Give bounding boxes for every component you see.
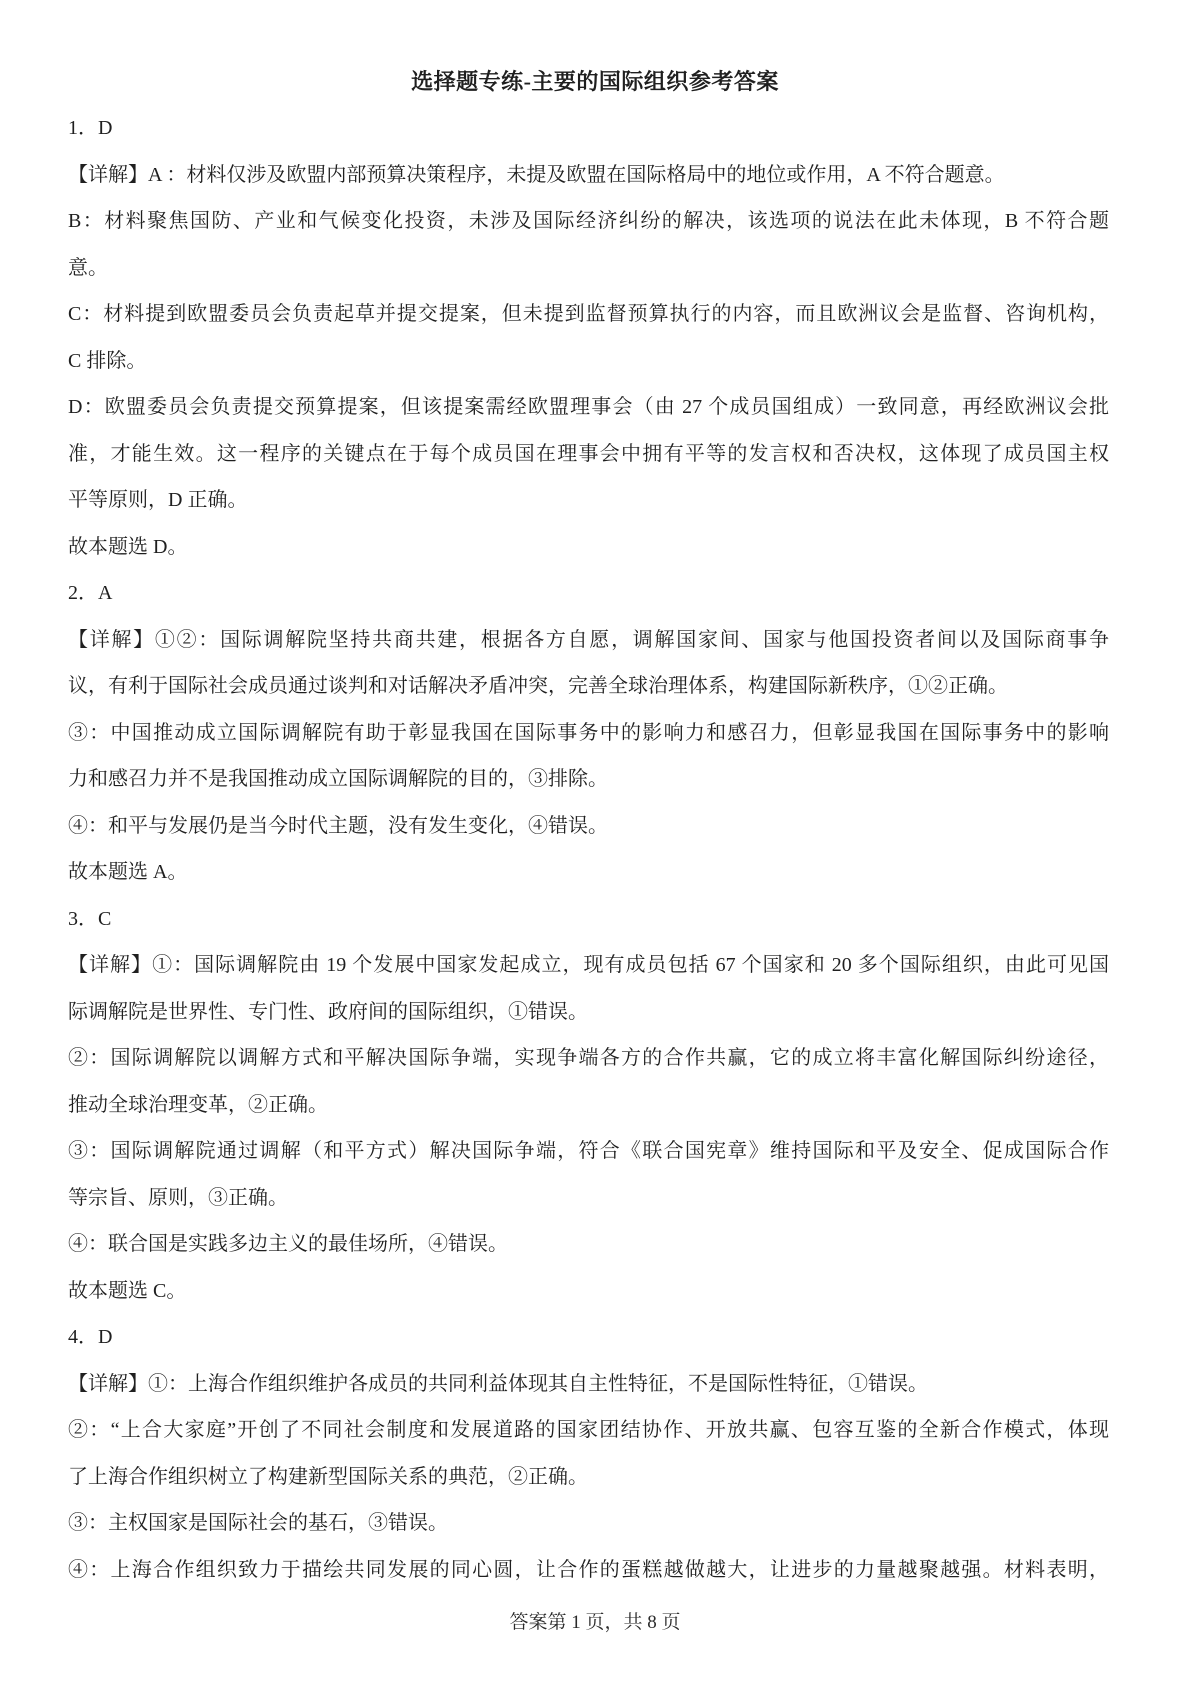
text-line: 力和感召力并不是我国推动成立国际调解院的目的，③排除。 bbox=[68, 756, 1109, 803]
page-title: 选择题专练-主要的国际组织参考答案 bbox=[0, 64, 1190, 100]
text-line: 故本题选 A。 bbox=[68, 849, 1109, 896]
text-line: ③：国际调解院通过调解（和平方式）解决国际争端，符合《联合国宪章》维持国际和平及… bbox=[68, 1128, 1109, 1175]
text-line: 【详解】①：上海合作组织维护各成员的共同利益体现其自主性特征，不是国际性特征，①… bbox=[68, 1361, 1109, 1408]
text-line: ④：和平与发展仍是当今时代主题，没有发生变化，④错误。 bbox=[68, 803, 1109, 850]
text-line: ③：中国推动成立国际调解院有助于彰显我国在国际事务中的影响力和感召力，但彰显我国… bbox=[68, 710, 1109, 757]
text-line: C：材料提到欧盟委员会负责起草并提交提案，但未提到监督预算执行的内容，而且欧洲议… bbox=[68, 291, 1109, 338]
text-line: 等宗旨、原则，③正确。 bbox=[68, 1175, 1109, 1222]
text-line: 2．A bbox=[68, 570, 1109, 617]
text-line: ③：主权国家是国际社会的基石，③错误。 bbox=[68, 1500, 1109, 1547]
text-line: 1．D bbox=[68, 105, 1109, 152]
text-line: 议，有利于国际社会成员通过谈判和对话解决矛盾冲突，完善全球治理体系，构建国际新秩… bbox=[68, 663, 1109, 710]
text-line: 3．C bbox=[68, 896, 1109, 943]
text-line: 故本题选 D。 bbox=[68, 524, 1109, 571]
page-footer: 答案第 1 页，共 8 页 bbox=[0, 1608, 1190, 1638]
text-line: 推动全球治理变革，②正确。 bbox=[68, 1082, 1109, 1129]
answer-sheet-page: 选择题专练-主要的国际组织参考答案 1．D【详解】A ：材料仅涉及欧盟内部预算决… bbox=[0, 0, 1190, 1682]
text-line: C 排除。 bbox=[68, 338, 1109, 385]
text-line: 平等原则，D 正确。 bbox=[68, 477, 1109, 524]
text-line: 意。 bbox=[68, 245, 1109, 292]
text-line: 4．D bbox=[68, 1314, 1109, 1361]
text-line: ④：上海合作组织致力于描绘共同发展的同心圆，让合作的蛋糕越做越大，让进步的力量越… bbox=[68, 1547, 1109, 1594]
text-line: ②：国际调解院以调解方式和平解决国际争端，实现争端各方的合作共赢，它的成立将丰富… bbox=[68, 1035, 1109, 1082]
text-line: 了上海合作组织树立了构建新型国际关系的典范，②正确。 bbox=[68, 1454, 1109, 1501]
text-line: 际调解院是世界性、专门性、政府间的国际组织，①错误。 bbox=[68, 989, 1109, 1036]
text-line: 准，才能生效。这一程序的关键点在于每个成员国在理事会中拥有平等的发言权和否决权，… bbox=[68, 431, 1109, 478]
text-line: 【详解】①②：国际调解院坚持共商共建，根据各方自愿，调解国家间、国家与他国投资者… bbox=[68, 617, 1109, 664]
text-line: ④：联合国是实践多边主义的最佳场所，④错误。 bbox=[68, 1221, 1109, 1268]
text-line: 【详解】①：国际调解院由 19 个发展中国家发起成立，现有成员包括 67 个国家… bbox=[68, 942, 1109, 989]
text-line: B：材料聚焦国防、产业和气候变化投资，未涉及国际经济纠纷的解决，该选项的说法在此… bbox=[68, 198, 1109, 245]
document-body: 1．D【详解】A ：材料仅涉及欧盟内部预算决策程序，未提及欧盟在国际格局中的地位… bbox=[68, 105, 1109, 1593]
text-line: 故本题选 C。 bbox=[68, 1268, 1109, 1315]
text-line: ②：“上合大家庭”开创了不同社会制度和发展道路的国家团结协作、开放共赢、包容互鉴… bbox=[68, 1407, 1109, 1454]
text-line: 【详解】A ：材料仅涉及欧盟内部预算决策程序，未提及欧盟在国际格局中的地位或作用… bbox=[68, 152, 1109, 199]
text-line: D：欧盟委员会负责提交预算提案，但该提案需经欧盟理事会（由 27 个成员国组成）… bbox=[68, 384, 1109, 431]
